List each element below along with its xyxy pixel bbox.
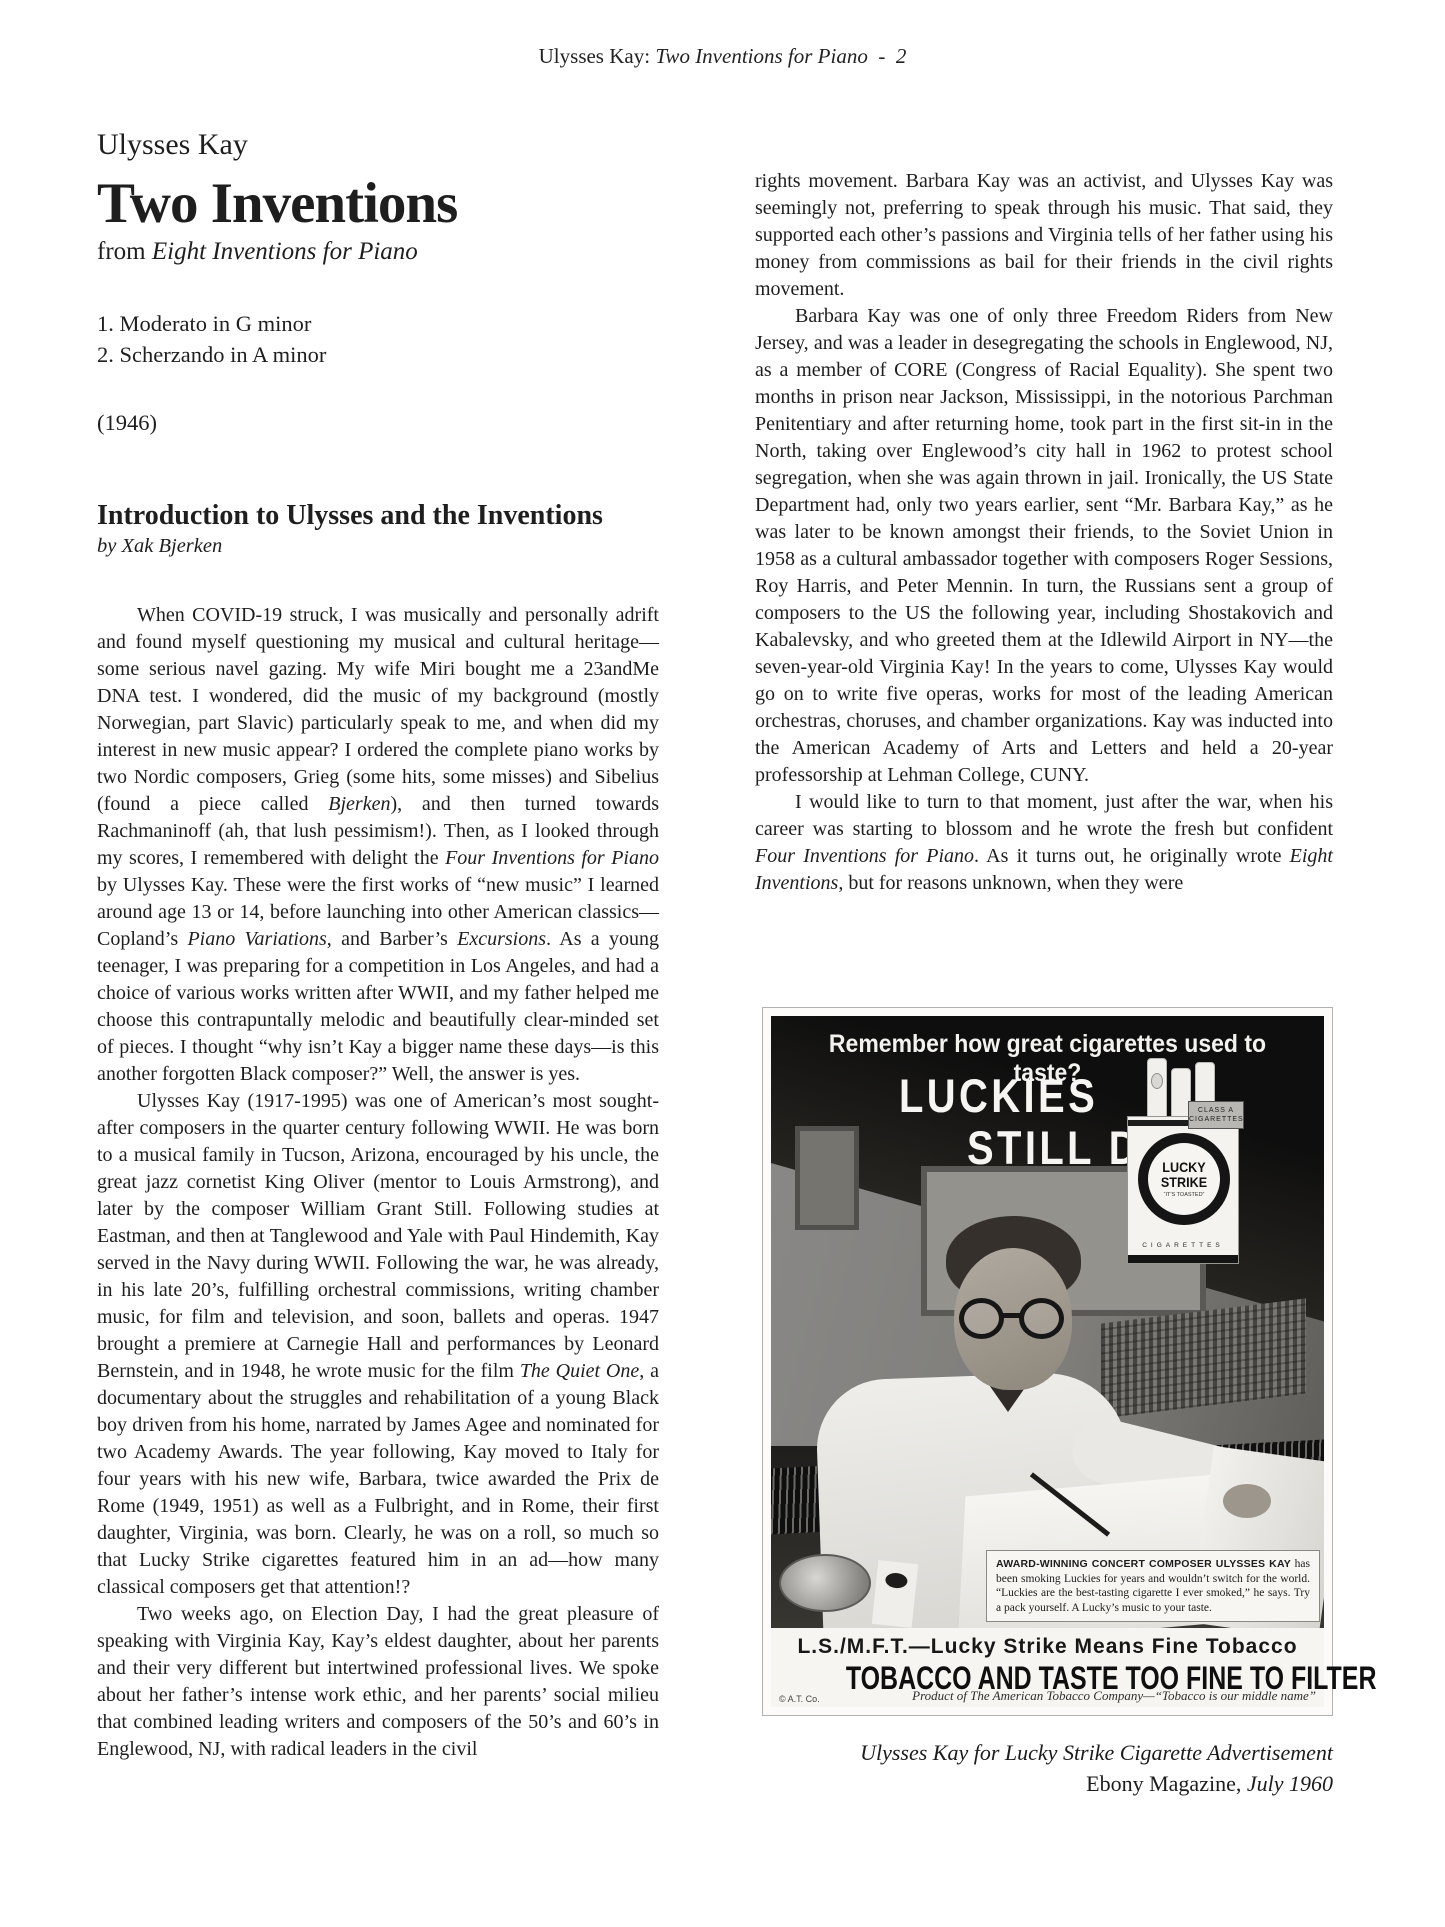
stamp-line: CIGARETTES <box>1189 1115 1243 1124</box>
pack-body: CLASS A CIGARETTES LUCKY STRIKE “IT’S TO… <box>1127 1116 1239 1264</box>
paragraph: Barbara Kay was one of only three Freedo… <box>755 303 1333 789</box>
header-page-number: 2 <box>896 44 907 68</box>
stamp-line: CLASS A <box>1189 1106 1243 1115</box>
ad-legal-row: © A.T. Co. Product of The American Tobac… <box>779 1688 1316 1704</box>
work-subtitle: from Eight Inventions for Piano <box>97 238 659 266</box>
pack-bottom-band <box>1128 1255 1238 1263</box>
ad-copyright: © A.T. Co. <box>779 1694 820 1704</box>
ad-inner: Remember how great cigarettes used to ta… <box>771 1016 1324 1707</box>
caption-line-2: Ebony Magazine, July 1960 <box>755 1768 1333 1799</box>
glasses-lens <box>1019 1298 1064 1339</box>
glasses-lens <box>959 1298 1004 1339</box>
composition-year: (1946) <box>97 410 659 436</box>
ad-product-note: Product of The American Tobacco Company—… <box>912 1688 1316 1704</box>
logo-word: LUCKY <box>1152 1160 1217 1175</box>
running-header: Ulysses Kay: Two Inventions for Piano - … <box>0 44 1445 69</box>
author-name: Ulysses Kay <box>97 128 659 162</box>
testimonial-lead: AWARD-WINNING CONCERT COMPOSER ULYSSES K… <box>996 1558 1291 1570</box>
composer-glasses <box>957 1298 1073 1344</box>
ad-caption: Ulysses Kay for Lucky Strike Cigarette A… <box>755 1737 1333 1799</box>
paragraph: rights movement. Barbara Kay was an acti… <box>755 168 1333 303</box>
glasses-bridge <box>1003 1313 1020 1318</box>
paragraph: When COVID-19 struck, I was musically an… <box>97 602 659 1088</box>
radiator-grille <box>1101 1298 1306 1418</box>
section-heading: Introduction to Ulysses and the Inventio… <box>97 500 659 532</box>
work-title: Two Inventions <box>97 174 659 234</box>
logo-word: STRIKE <box>1152 1175 1217 1190</box>
logo-inner-circle: LUCKY STRIKE “IT’S TOASTED” <box>1148 1143 1220 1215</box>
header-prefix: Ulysses Kay: <box>539 44 656 68</box>
cigarette-logo-dot <box>1151 1073 1163 1089</box>
pack-tax-stamp: CLASS A CIGARETTES <box>1188 1101 1244 1129</box>
ad-slogan: L.S./M.F.T.—Lucky Strike Means Fine Toba… <box>771 1635 1324 1659</box>
ad-testimonial-box: AWARD-WINNING CONCERT COMPOSER ULYSSES K… <box>986 1550 1320 1622</box>
right-column: rights movement. Barbara Kay was an acti… <box>755 168 1333 897</box>
caption-line-1: Ulysses Kay for Lucky Strike Cigarette A… <box>755 1737 1333 1768</box>
left-column-body: When COVID-19 struck, I was musically an… <box>97 602 659 1763</box>
byline: by Xak Bjerken <box>97 535 659 558</box>
caption-title: Ulysses Kay for Lucky Strike Cigarette A… <box>860 1740 1333 1765</box>
paragraph: Ulysses Kay (1917-1995) was one of Ameri… <box>97 1088 659 1601</box>
lucky-strike-ad-image: Remember how great cigarettes used to ta… <box>762 1007 1333 1716</box>
picture-frame-small <box>795 1126 859 1230</box>
paragraph: Two weeks ago, on Election Day, I had th… <box>97 1601 659 1763</box>
mini-pack-logo <box>885 1572 908 1589</box>
subtitle-source-title: Eight Inventions for Piano <box>152 238 418 265</box>
movement-item: 1. Moderato in G minor <box>97 308 659 339</box>
ashtray-graphic <box>779 1554 871 1612</box>
lucky-strike-pack-graphic: CLASS A CIGARETTES LUCKY STRIKE “IT’S TO… <box>1127 1058 1239 1264</box>
movement-list: 1. Moderato in G minor 2. Scherzando in … <box>97 308 659 370</box>
ad-photo-area: Remember how great cigarettes used to ta… <box>771 1016 1324 1628</box>
ad-brand-word-luckies: LUCKIES <box>899 1068 1098 1123</box>
pack-cigarettes-label: CIGARETTES <box>1128 1242 1238 1249</box>
caption-source: Ebony Magazine, <box>1086 1771 1247 1796</box>
movement-item: 2. Scherzando in A minor <box>97 339 659 370</box>
left-column: Ulysses Kay Two Inventions from Eight In… <box>97 128 659 1763</box>
composer-hand <box>1223 1484 1271 1518</box>
ad-footer: L.S./M.F.T.—Lucky Strike Means Fine Toba… <box>771 1628 1324 1707</box>
lucky-strike-logo: LUCKY STRIKE “IT’S TOASTED” <box>1138 1133 1230 1225</box>
caption-date: July 1960 <box>1247 1771 1333 1796</box>
header-dash: - <box>868 44 896 68</box>
subtitle-prefix: from <box>97 238 152 265</box>
logo-tagline: “IT’S TOASTED” <box>1148 1192 1220 1198</box>
paragraph: I would like to turn to that moment, jus… <box>755 789 1333 897</box>
mini-cigarette-pack <box>872 1560 918 1628</box>
header-title: Two Inventions for Piano <box>655 44 868 68</box>
cigarette-graphic <box>1147 1058 1167 1120</box>
